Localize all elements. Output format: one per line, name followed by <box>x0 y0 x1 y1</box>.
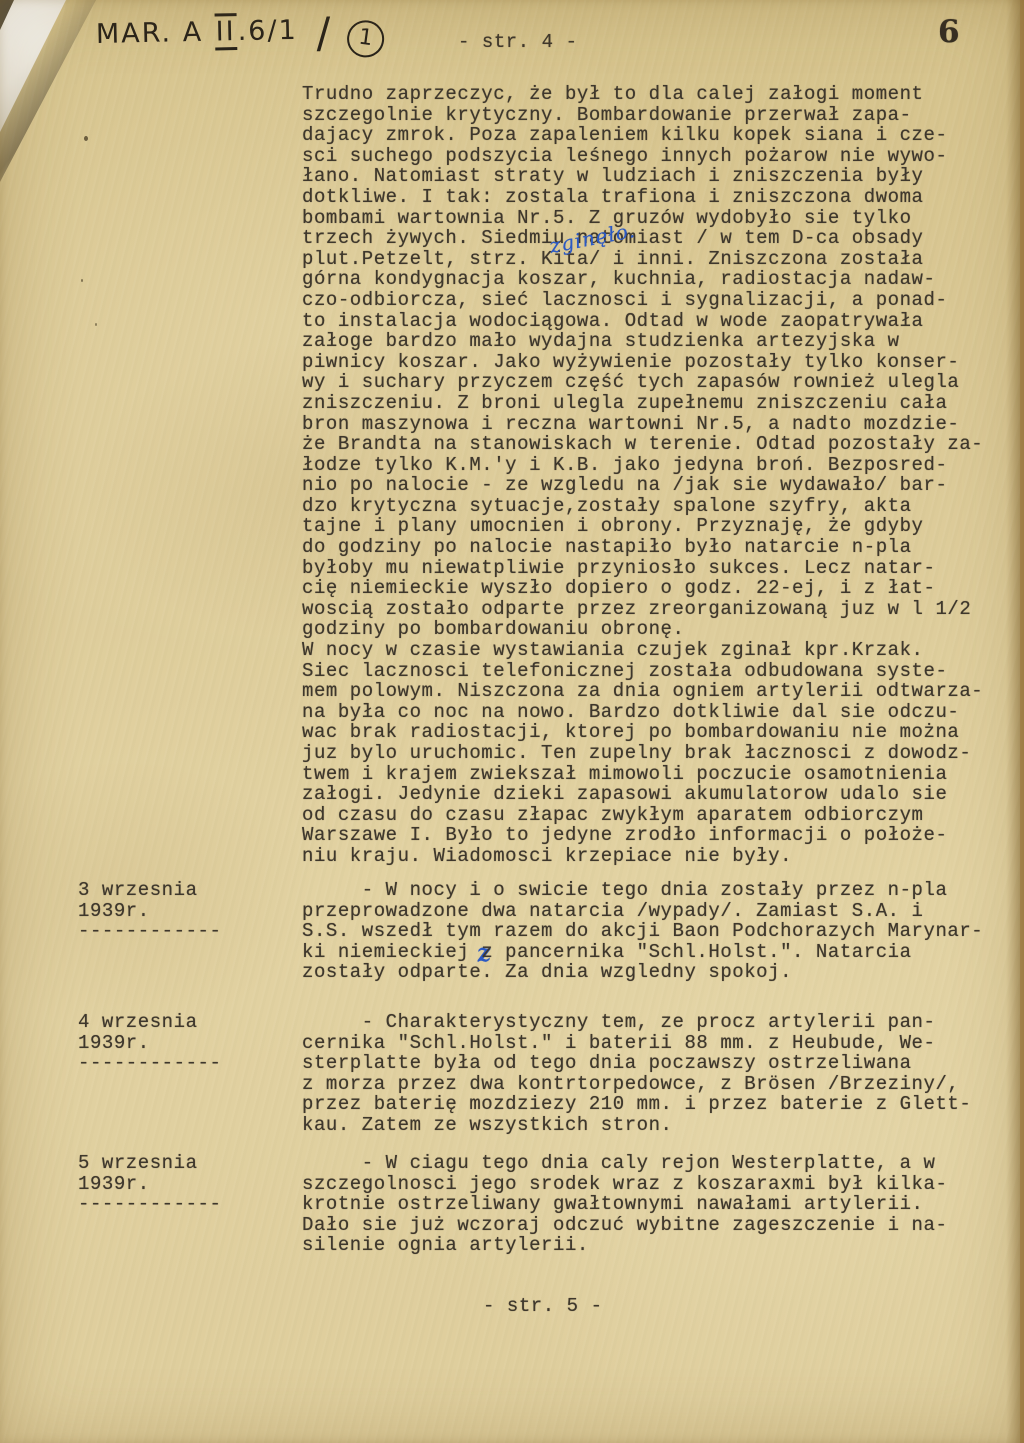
entry-date-4-september: 4 wrzesnia 1939r. ------------ <box>78 1012 221 1074</box>
entry-date-3-september: 3 wrzesnia 1939r. ------------ <box>78 880 221 942</box>
archive-ref-prefix: MAR. A <box>96 17 204 50</box>
scanned-document-page: MAR. A II.6/1 / 1 - str. 4 - 6 Trudno za… <box>0 0 1024 1443</box>
entry-date-5-september: 5 wrzesnia 1939r. ------------ <box>78 1153 221 1215</box>
entry-text-3-september: - W nocy i o swicie tego dnia zostały pr… <box>302 880 983 983</box>
page-number: 6 <box>938 14 960 50</box>
page-right-edge-line <box>1020 0 1024 1443</box>
header-page-label: - str. 4 - <box>458 32 578 53</box>
archive-ref-roman-numeral: II <box>214 13 237 50</box>
archive-ref-circled-number: 1 <box>345 18 387 60</box>
entry-text-4-september: - Charakterystyczny tem, ze procz artyle… <box>302 1012 971 1136</box>
paper-specks <box>84 136 88 141</box>
main-paragraph: Trudno zaprzeczyc, że był to dla calej z… <box>302 84 983 867</box>
archive-reference: MAR. A II.6/1 / 1 <box>96 7 385 63</box>
footer-page-label: - str. 5 - <box>483 1296 603 1317</box>
entry-text-5-september: - W ciagu tego dnia caly rejon Westerpla… <box>302 1153 947 1256</box>
archive-ref-suffix: .6/1 <box>237 15 298 47</box>
archive-ref-slash: / <box>316 8 333 57</box>
